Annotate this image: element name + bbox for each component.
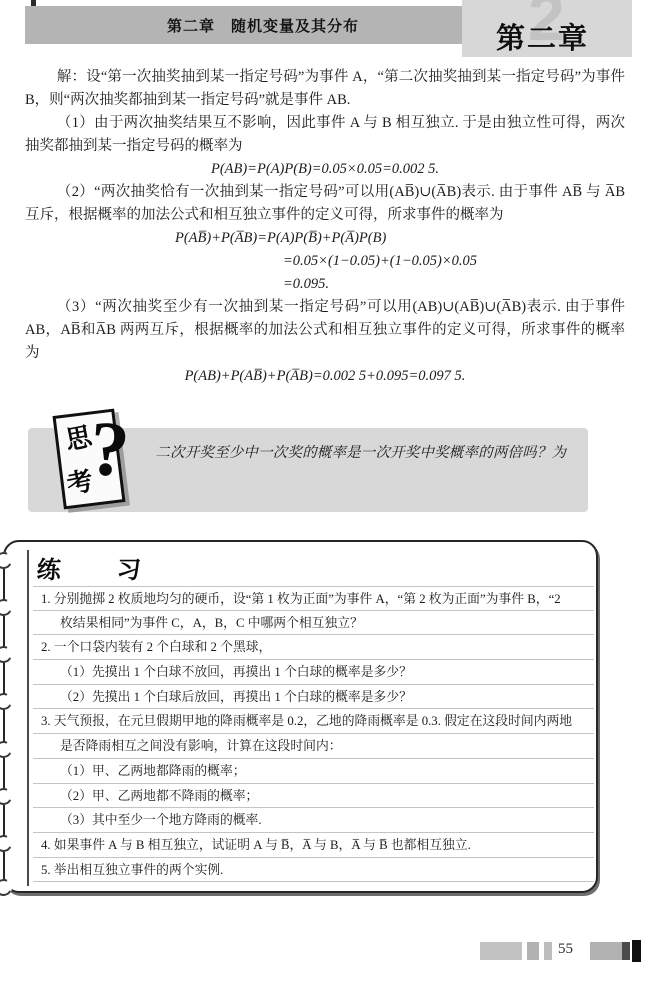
exercise-list: 1. 分别抛掷 2 枚质地均匀的硬币，设“第 1 枚为正面”为事件 A，“第 2… xyxy=(33,586,594,882)
question-mark-icon: ? xyxy=(87,409,131,490)
formula-2-line-3: =0.095. xyxy=(25,273,625,296)
binder-ring-icon xyxy=(0,691,14,712)
exercise-row: 2. 一个口袋内装有 2 个白球和 2 个黑球， xyxy=(33,635,594,660)
footer-deco-block xyxy=(544,942,552,960)
solution-paragraph-1: 解：设“第一次抽奖抽到某一指定号码”为事件 A，“第二次抽奖抽到某一指定号码”为… xyxy=(25,66,625,112)
solution-paragraph-4: （3）“两次抽奖至少有一次抽到某一指定号码”可以用(AB)∪(AB̅)∪(A̅B… xyxy=(25,296,625,365)
exercise-title: 练 习 xyxy=(36,550,158,585)
exercise-box: 练 习 1. 分别抛掷 2 枚质地均匀的硬币，设“第 1 枚为正面”为事件 A，… xyxy=(3,540,598,893)
binder-ring-icon xyxy=(0,877,14,898)
solution-paragraph-2: （1）由于两次抽奖结果互不影响，因此事件 A 与 B 相互独立. 于是由独立性可… xyxy=(25,112,625,158)
exercise-row: 3. 天气预报，在元旦假期甲地的降雨概率是 0.2，乙地的降雨概率是 0.3. … xyxy=(33,709,594,734)
chapter-tab: 2 第二章 xyxy=(462,0,632,57)
footer-deco-block xyxy=(622,942,630,960)
exercise-row: 1. 分别抛掷 2 枚质地均匀的硬币，设“第 1 枚为正面”为事件 A，“第 2… xyxy=(33,586,594,611)
thinking-question: 二次开奖至少中一次奖的概率是一次开奖中奖概率的两倍吗？为什么？ xyxy=(80,440,566,494)
formula-1: P(AB)=P(A)P(B)=0.05×0.05=0.002 5. xyxy=(25,158,625,181)
binder-ring-icon xyxy=(0,550,14,571)
footer-deco-block xyxy=(632,940,641,962)
exercise-row: 5. 举出相互独立事件的两个实例. xyxy=(33,858,594,883)
exercise-row: 4. 如果事件 A 与 B 相互独立，试证明 A 与 B̅，A̅ 与 B，A̅ … xyxy=(33,833,594,858)
exercise-row: （3）其中至少一个地方降雨的概率. xyxy=(33,808,594,833)
footer-deco-block xyxy=(590,942,626,960)
thinking-badge: 思 考 ? xyxy=(42,404,152,522)
page-number: 55 xyxy=(558,941,573,958)
formula-3: P(AB)+P(AB̅)+P(A̅B)=0.002 5+0.095=0.097 … xyxy=(25,365,625,388)
exercise-row: （2）先摸出 1 个白球后放回，再摸出 1 个白球的概率是多少？ xyxy=(33,685,594,710)
solution-paragraph-3: （2）“两次抽奖恰有一次抽到某一指定号码”可以用(AB̅)∪(A̅B)表示. 由… xyxy=(25,181,625,227)
binder-ring-icon xyxy=(0,644,14,665)
binder-ring-icon xyxy=(0,597,14,618)
exercise-row: （1）甲、乙两地都降雨的概率； xyxy=(33,759,594,784)
binder-ring-icon xyxy=(0,739,14,760)
exercise-margin-line xyxy=(27,550,29,886)
exercise-row: 是否降雨相互之间没有影响，计算在这段时间内： xyxy=(33,734,594,759)
textbook-page: 第二章 随机变量及其分布 2 第二章 解：设“第一次抽奖抽到某一指定号码”为事件… xyxy=(0,0,650,983)
binder-ring-icon xyxy=(0,833,14,854)
chapter-tab-label: 第二章 xyxy=(496,16,589,57)
solution-section: 解：设“第一次抽奖抽到某一指定号码”为事件 A，“第二次抽奖抽到某一指定号码”为… xyxy=(25,66,625,388)
exercise-row: （1）先摸出 1 个白球不放回，再摸出 1 个白球的概率是多少？ xyxy=(33,660,594,685)
formula-2-line-1: P(AB̅)+P(A̅B)=P(A)P(B̅)+P(A̅)P(B) xyxy=(25,227,625,250)
exercise-row: （2）甲、乙两地都不降雨的概率； xyxy=(33,784,594,809)
formula-2-line-2: =0.05×(1−0.05)+(1−0.05)×0.05 xyxy=(25,250,625,273)
footer-deco-block xyxy=(480,942,522,960)
exercise-row: 枚结果相同”为事件 C，A，B，C 中哪两个相互独立？ xyxy=(33,611,594,636)
footer-deco-block xyxy=(527,942,539,960)
chapter-running-title: 第二章 随机变量及其分布 xyxy=(167,15,359,36)
binder-ring-icon xyxy=(0,786,14,807)
